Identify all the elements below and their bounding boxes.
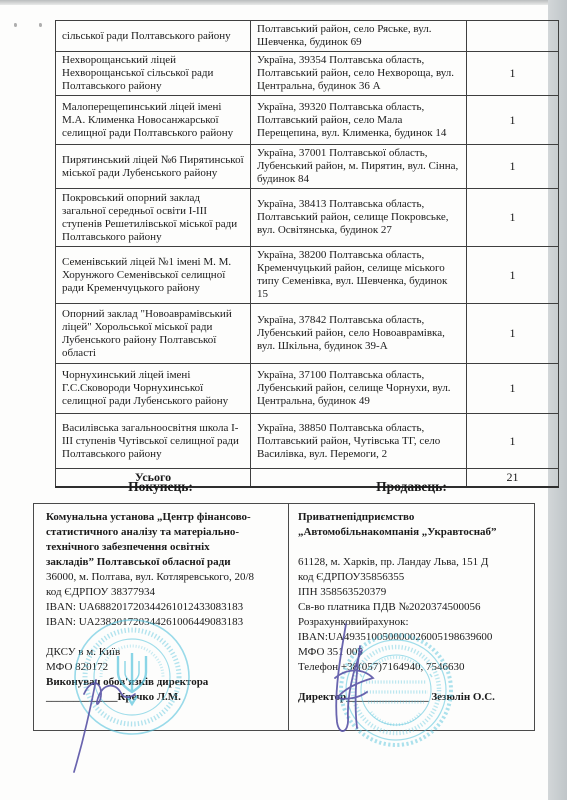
school-name-cell: сільської ради Полтавського району [56,21,251,52]
seller-iban: IBAN:UA493510050000026005198639600 [298,630,530,645]
school-name-cell: Опорний заклад "Новоаврамівський ліцей" … [56,304,251,364]
scanned-contract-page: сільської ради Полтавського району Полта… [0,0,567,800]
school-address-cell: Україна, 39320 Полтавська область, Полта… [251,96,467,145]
seller-ipn: ІПН 358563520379 [298,585,530,600]
table-row: Василівська загальноосвітня школа І-ІІІ … [56,414,559,469]
parties-box: Комунальна установа „Центр фінансово- ст… [33,503,535,731]
quantity-cell: 1 [467,304,559,364]
buyer-heading: Покупець: [33,479,288,495]
buyer-details: Комунальна установа „Центр фінансово- ст… [34,504,288,730]
buyer-name: Комунальна установа „Центр фінансово- ст… [46,510,284,570]
scan-speck [14,23,17,27]
seller-phone: Телефон +38(057)7164940, 7546630 [298,660,530,675]
seller-name: Приватнепідприємство „Автомобільнакомпан… [298,510,530,540]
buyer-edrpou: код ЄДРПОУ 38377934 [46,585,284,600]
quantity-cell [467,21,559,52]
school-address-cell: Україна, 37100 Полтавська область, Лубен… [251,364,467,414]
seller-details: Приватнепідприємство „Автомобільнакомпан… [288,504,534,730]
quantity-cell: 1 [467,247,559,304]
quantity-cell: 1 [467,364,559,414]
school-name-cell: Покровський опорний заклад загальної сер… [56,189,251,247]
buyer-mfo: МФО 820172 [46,660,284,675]
buyer-signer-title: Виконувач обов'язків директора [46,675,284,690]
school-address-cell: Україна, 39354 Полтавська область, Полта… [251,52,467,96]
table-row: Покровський опорний заклад загальної сер… [56,189,559,247]
seller-signature-line: Директор_______________ Зезюлін О.С. [298,690,530,705]
buyer-signature-line: _____________Кречко Л.М. [46,690,284,705]
school-name-cell: Пирятинський ліцей №6 Пирятинської міськ… [56,145,251,189]
school-address-cell: Полтавський район, село Ряське, вул. Шев… [251,21,467,52]
buyer-iban-1: IBAN: UA688201720344261012433083183 [46,600,284,615]
seller-account-label: Розрахунковийрахунок: [298,615,530,630]
table-row: Опорний заклад "Новоаврамівський ліцей" … [56,304,559,364]
seller-mfo: МФО 351 005 [298,645,530,660]
seller-vat-cert: Св-во платника ПДВ №2020374500056 [298,600,530,615]
quantity-cell: 1 [467,52,559,96]
school-address-cell: Україна, 38850 Полтавська область, Полта… [251,414,467,469]
school-name-cell: Чорнухинський ліцей імені Г.С.Сковороди … [56,364,251,414]
scan-edge-top [0,0,567,5]
quantity-cell: 1 [467,96,559,145]
school-name-cell: Нехворощанський ліцей Нехворощанської сі… [56,52,251,96]
table-row: Нехворощанський ліцей Нехворощанської сі… [56,52,559,96]
buyer-bank: ДКСУ в м. Київ [46,645,284,660]
table-row: Пирятинський ліцей №6 Пирятинської міськ… [56,145,559,189]
buyer-iban-2: IBAN: UA238201720344261006449083183 [46,615,284,630]
quantity-cell: 1 [467,414,559,469]
school-address-cell: Україна, 37842 Полтавська область, Лубен… [251,304,467,364]
table-row: Семенівський ліцей №1 імені М. М. Хорунж… [56,247,559,304]
buyer-address: 36000, м. Полтава, вул. Котляревського, … [46,570,284,585]
school-address-cell: Україна, 38200 Полтавська область, Креме… [251,247,467,304]
table-row: Чорнухинський ліцей імені Г.С.Сковороди … [56,364,559,414]
table-row: сільської ради Полтавського району Полта… [56,21,559,52]
quantity-cell: 1 [467,189,559,247]
school-name-cell: Семенівський ліцей №1 імені М. М. Хорунж… [56,247,251,304]
table-row: Малоперещепинський ліцей імені М.А. Клим… [56,96,559,145]
seller-address: 61128, м. Харків, пр. Ландау Льва, 151 Д [298,555,530,570]
school-name-cell: Василівська загальноосвітня школа І-ІІІ … [56,414,251,469]
schools-table: сільської ради Полтавського району Полта… [55,20,559,488]
seller-heading: Продавець: [288,479,535,495]
scan-speck [39,23,42,27]
party-headings: Покупець: Продавець: [33,479,535,495]
school-address-cell: Україна, 38413 Полтавська область, Полта… [251,189,467,247]
school-name-cell: Малоперещепинський ліцей імені М.А. Клим… [56,96,251,145]
seller-edrpou: код ЄДРПОУ35856355 [298,570,530,585]
school-address-cell: Україна, 37001 Полтавської область, Лубе… [251,145,467,189]
quantity-cell: 1 [467,145,559,189]
